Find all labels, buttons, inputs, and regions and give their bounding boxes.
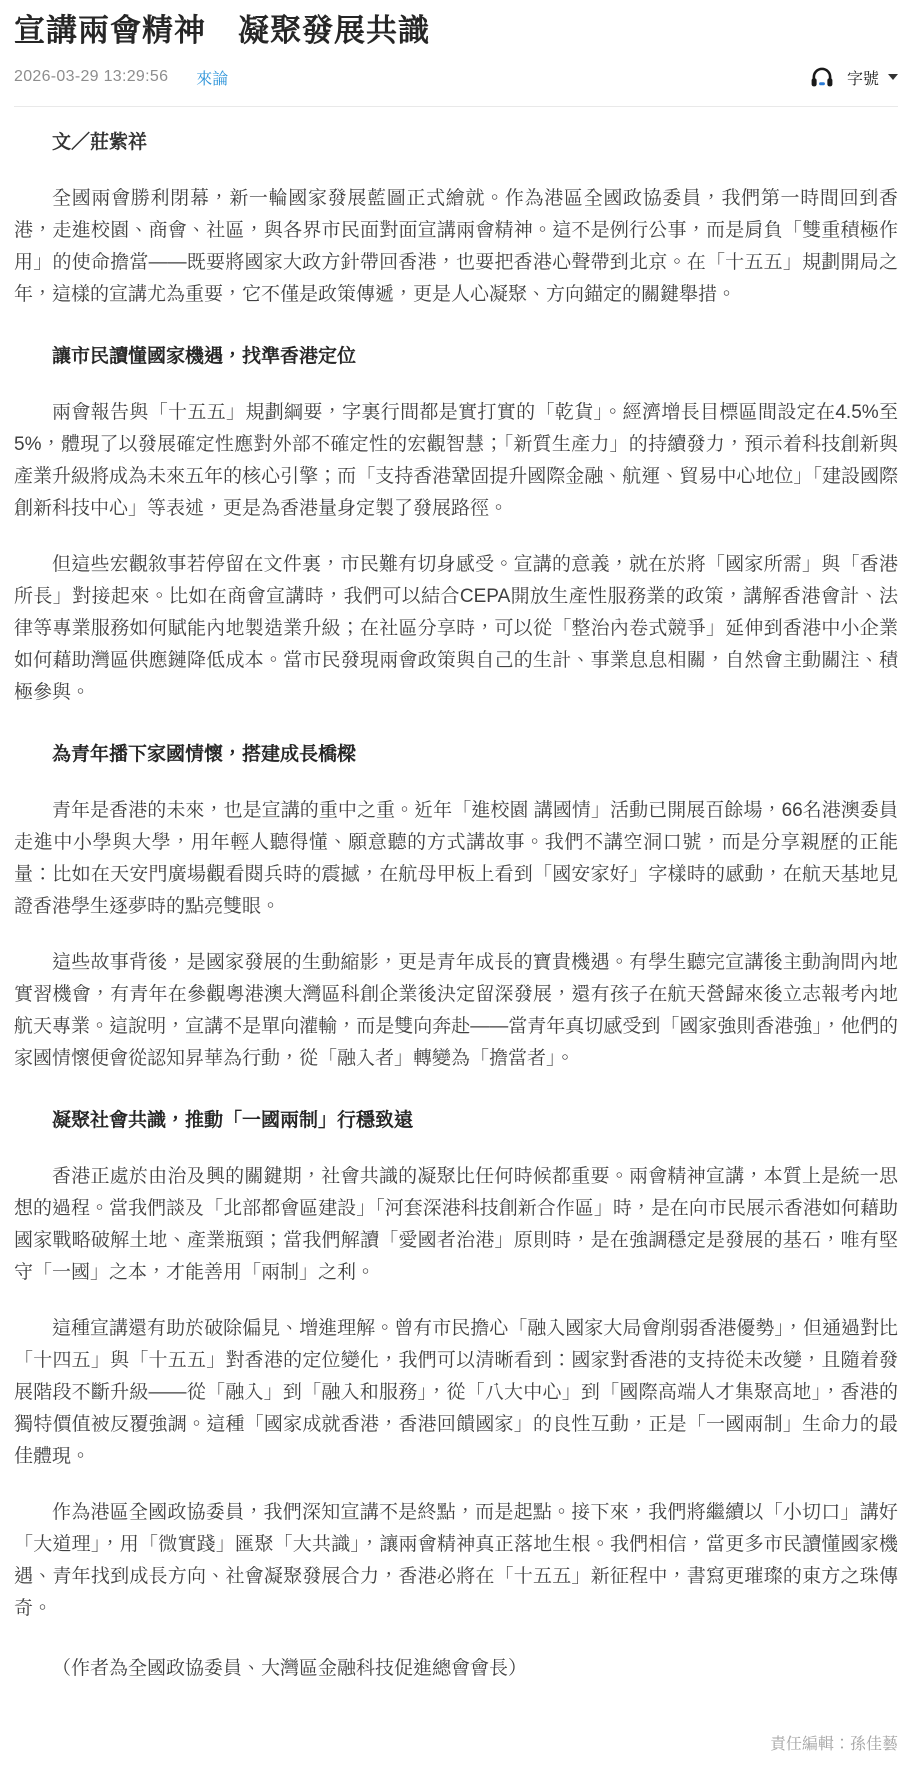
section-heading: 凝聚社會共識，推動「一國兩制」行穩致遠 — [14, 1105, 898, 1137]
editor-credit: 責任編輯：孫佳藝 — [14, 1731, 898, 1780]
meta-row: 2026-03-29 13:29:56 來論 字號 — [14, 56, 898, 107]
section-heading: 讓市民讀懂國家機遇，找準香港定位 — [14, 341, 898, 373]
chevron-down-icon — [888, 74, 898, 80]
font-size-label: 字號 — [847, 66, 879, 89]
page-title: 宣講兩會精神 凝聚發展共識 — [14, 0, 898, 56]
author-note: （作者為全國政協委員、大灣區金融科技促進總會會長） — [14, 1653, 898, 1685]
header-tools: 字號 — [809, 64, 898, 90]
article-paragraph: 這種宣講還有助於破除偏見、增進理解。曾有市民擔心「融入國家大局會削弱香港優勢」，… — [14, 1313, 898, 1473]
article-paragraph: 這些故事背後，是國家發展的生動縮影，更是青年成長的寶貴機遇。有學生聽完宣講後主動… — [14, 947, 898, 1075]
article-paragraph: 但這些宏觀敘事若停留在文件裏，市民難有切身感受。宣講的意義，就在於將「國家所需」… — [14, 549, 898, 709]
article-paragraph: 青年是香港的未來，也是宣講的重中之重。近年「進校園 講國情」活動已開展百餘場，6… — [14, 795, 898, 923]
article-paragraph: 作為港區全國政協委員，我們深知宣講不是終點，而是起點。接下來，我們將繼續以「小切… — [14, 1497, 898, 1625]
headphone-icon — [809, 64, 835, 90]
publish-date: 2026-03-29 13:29:56 — [14, 68, 168, 86]
article-body: 文／莊紫祥全國兩會勝利閉幕，新一輪國家發展藍圖正式繪就。作為港區全國政協委員，我… — [14, 107, 898, 1685]
article-paragraph: 全國兩會勝利閉幕，新一輪國家發展藍圖正式繪就。作為港區全國政協委員，我們第一時間… — [14, 183, 898, 311]
section-heading: 為青年播下家國情懷，搭建成長橋樑 — [14, 739, 898, 771]
article-paragraph: 兩會報告與「十五五」規劃綱要，字裏行間都是實打實的「乾貨」。經濟增長目標區間設定… — [14, 397, 898, 525]
article-page: 宣講兩會精神 凝聚發展共識 2026-03-29 13:29:56 來論 字號 — [0, 0, 912, 1780]
font-size-button[interactable]: 字號 — [847, 66, 898, 89]
author-line: 文／莊紫祥 — [14, 127, 898, 159]
listen-audio-button[interactable] — [809, 64, 835, 90]
article-paragraph: 香港正處於由治及興的關鍵期，社會共識的凝聚比任何時候都重要。兩會精神宣講，本質上… — [14, 1161, 898, 1289]
category-link[interactable]: 來論 — [196, 66, 228, 89]
